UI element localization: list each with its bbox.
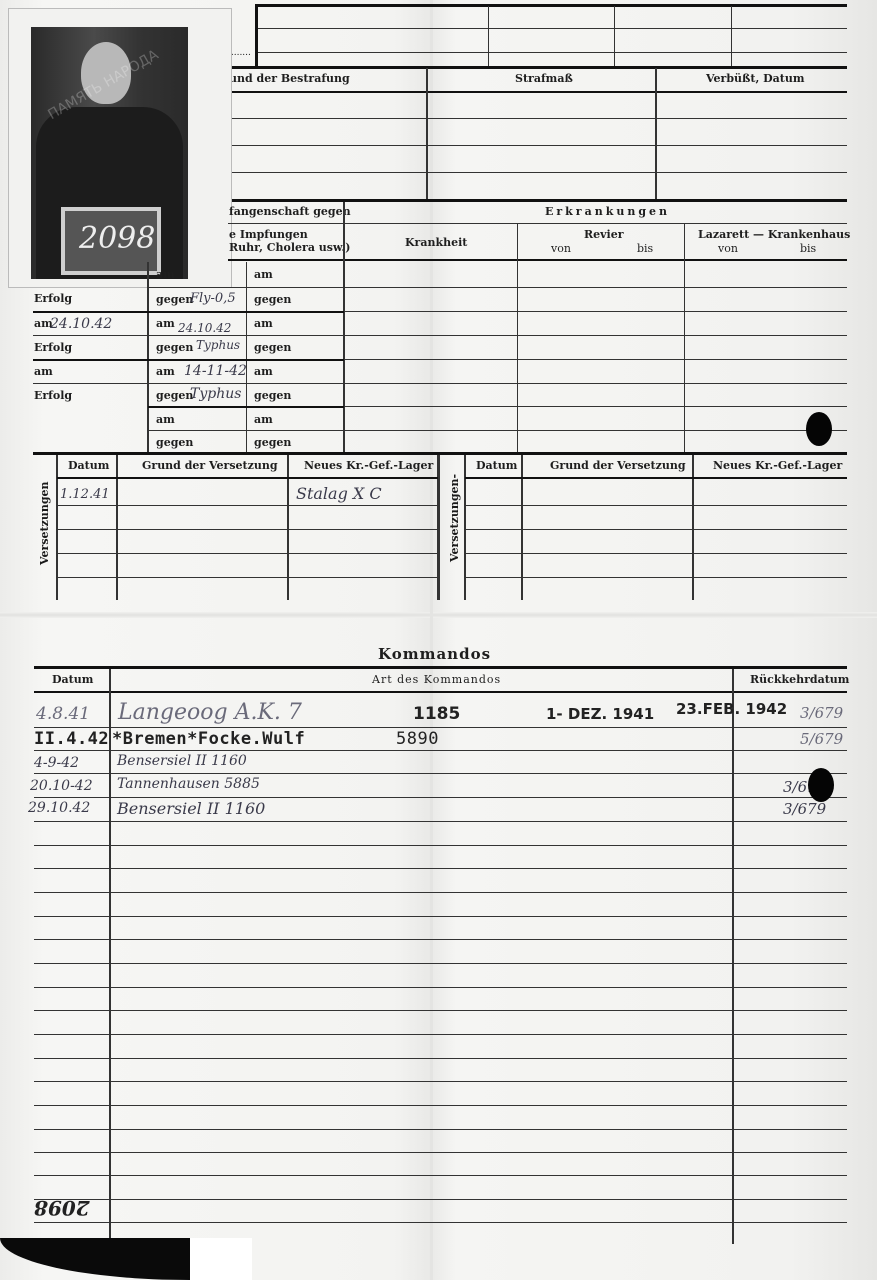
- vaccination-header-1: fangenschaft gegen: [229, 205, 351, 218]
- right-label-2: am: [254, 317, 273, 330]
- punch-hole: [806, 412, 832, 446]
- mid-label-2: am: [156, 317, 175, 330]
- punishment-reason-header: und der Bestrafung: [229, 72, 350, 85]
- right-label-6: am: [254, 413, 273, 426]
- transfer-right-reason-header: Grund der Versetzung: [550, 459, 686, 472]
- kommando-date: 4.8.41: [36, 704, 90, 724]
- kommando-type: Bensersiel II 1160: [117, 799, 265, 818]
- ward-to-header: bis: [637, 242, 653, 255]
- hospital-from-header: von: [718, 242, 738, 255]
- hospital-col-header: Lazarett — Krankenhaus: [698, 228, 850, 241]
- vaccination-date-value-1: 24.10.42: [50, 316, 112, 332]
- kommando-date: 4-9-42: [34, 755, 79, 771]
- kommando-type: Langeoog A.K. 7: [118, 700, 302, 725]
- kommando-date: 20.10-42: [30, 778, 93, 794]
- transfer-right-camp-header: Neues Kr.-Gef.-Lager: [713, 459, 842, 472]
- mid-label-0: am: [156, 268, 175, 281]
- right-label-0: am: [254, 268, 273, 281]
- kommando-stamp-start: 1- DEZ. 1941: [546, 705, 654, 723]
- right-label-5: gegen: [254, 389, 291, 402]
- transfer-camp-value: Stalag X C: [296, 484, 382, 503]
- transfer-right-date-header: Datum: [476, 459, 517, 472]
- vaccination-header-3: Ruhr, Cholera usw.): [229, 241, 350, 254]
- number-slate: 2098: [61, 207, 161, 275]
- kommando-type: Bensersiel II 1160: [117, 753, 247, 769]
- mid-label-3: gegen: [156, 341, 193, 354]
- transfer-date-value: 1.12.41: [60, 487, 110, 502]
- prisoner-photo-card: ПАМЯТЬ НАРОДА 2098: [8, 8, 232, 288]
- slate-number: 2098: [79, 221, 155, 256]
- sentence-header: Strafmaß: [515, 72, 573, 85]
- right-label-3: gegen: [254, 341, 291, 354]
- kommando-type: Tannenhausen 5885: [117, 776, 260, 792]
- success-label-2: Erfolg: [34, 341, 72, 354]
- kommando-ref: 3/679: [800, 704, 843, 722]
- mid-label-6: am: [156, 413, 175, 426]
- card-number-footer: 2098: [34, 1196, 90, 1220]
- right-label-7: gegen: [254, 436, 291, 449]
- kommando-number: 5890: [396, 729, 439, 749]
- illness-col-header: Krankheit: [405, 236, 467, 249]
- success-label-1: Erfolg: [34, 292, 72, 305]
- punch-hole: [808, 768, 834, 802]
- kommando-number: 1185: [413, 704, 460, 724]
- kommandos-title: Kommandos: [378, 645, 491, 663]
- hospital-to-header: bis: [800, 242, 816, 255]
- right-label-1: gegen: [254, 293, 291, 306]
- transfer-camp-header: Neues Kr.-Gef.-Lager: [304, 459, 433, 472]
- transfers-right-side-label: Versetzungen-: [448, 474, 461, 562]
- ward-from-header: von: [551, 242, 571, 255]
- paper-fold-horizontal: [0, 612, 877, 618]
- vaccine-date-4: 14-11-42: [184, 363, 247, 379]
- kommando-ref: 5/679: [800, 730, 843, 748]
- paper-fold-vertical: [430, 0, 433, 1280]
- vaccine-date-2: 24.10.42: [178, 321, 231, 335]
- illness-title: Erkrankungen: [545, 205, 670, 218]
- kommando-return-header: Rückkehrdatum: [750, 673, 849, 686]
- kommando-type-header: Art des Kommandos: [372, 673, 501, 686]
- mid-label-7: gegen: [156, 436, 193, 449]
- success-label-3: Erfolg: [34, 389, 72, 402]
- kommando-date-header: Datum: [52, 673, 93, 686]
- mid-label-5: gegen: [156, 389, 193, 402]
- mid-label-1: gegen: [156, 293, 193, 306]
- transfer-reason-header: Grund der Versetzung: [142, 459, 278, 472]
- kommando-stamp-end: 23.FEB. 1942: [676, 700, 787, 718]
- transfer-date-header: Datum: [68, 459, 109, 472]
- kommando-date: 29.10.42: [28, 800, 90, 816]
- served-date-header: Verbüßt, Datum: [706, 72, 805, 85]
- transfers-side-label: Versetzungen: [38, 481, 51, 565]
- vaccination-header-2: e Impfungen: [229, 228, 308, 241]
- torn-gap: [190, 1238, 252, 1280]
- vaccine-type-3: Typhus: [196, 338, 240, 352]
- ward-col-header: Revier: [584, 228, 624, 241]
- vaccine-type-5: Typhus: [190, 386, 241, 402]
- vaccine-value-1: Fly-0,5: [190, 291, 236, 306]
- prisoner-photo: ПАМЯТЬ НАРОДА 2098: [31, 27, 188, 279]
- mid-label-4: am: [156, 365, 175, 378]
- kommando-date: II.4.42: [34, 729, 109, 749]
- right-label-4: am: [254, 365, 273, 378]
- kommando-type: *Bremen*Focke.Wulf: [112, 729, 305, 749]
- kommando-ref: 3/679: [783, 800, 826, 818]
- date-label-2: am: [34, 365, 53, 378]
